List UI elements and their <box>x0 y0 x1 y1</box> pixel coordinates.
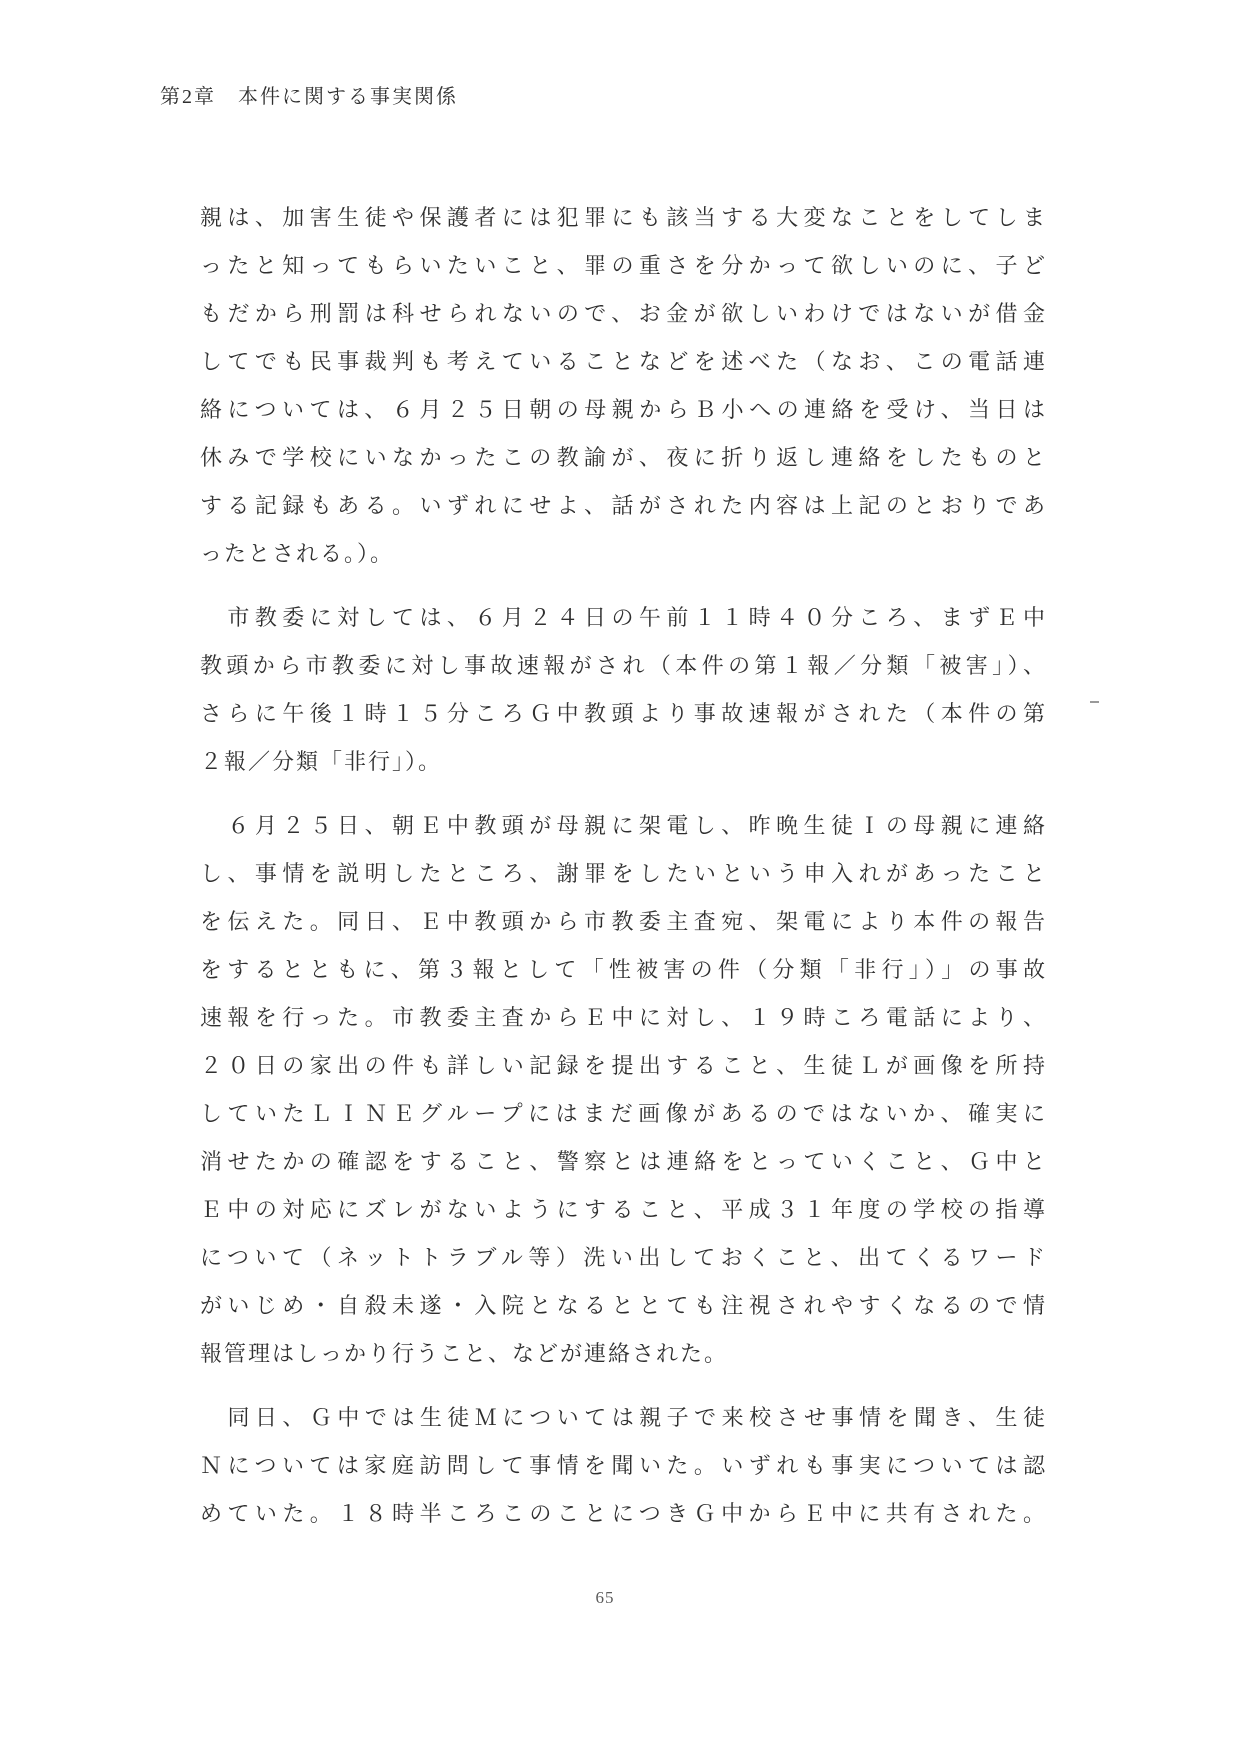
text-line: する記録もある。いずれにせよ、話がされた内容は上記のとおりであ <box>200 482 1045 530</box>
page-number: 65 <box>0 1588 1210 1608</box>
text-line: していたＬＩＮＥグループにはまだ画像があるのではないか、確実に <box>200 1090 1045 1138</box>
text-line: について（ネットトラブル等）洗い出しておくこと、出てくるワード <box>200 1234 1045 1282</box>
content: 親は、加害生徒や保護者には犯罪にも該当する大変なことをしてしまったと知ってもらい… <box>200 194 1045 1538</box>
text-line: をするとともに、第３報として「性被害の件（分類「非行」）」の事故 <box>200 946 1045 994</box>
text-line: めていた。１８時半ころこのことにつきＧ中からＥ中に共有された。 <box>200 1490 1045 1538</box>
chapter-header: 第2章 本件に関する事実関係 <box>160 80 458 109</box>
text-line: ったとされる。）。 <box>200 530 1045 578</box>
text-line: 速報を行った。市教委主査からＥ中に対し、１９時ころ電話により、 <box>200 994 1045 1042</box>
text-line: Ｅ中の対応にズレがないようにすること、平成３１年度の学校の指導 <box>200 1186 1045 1234</box>
paragraph: 同日、Ｇ中では生徒Ｍについては親子で来校させ事情を聞き、生徒Ｎについては家庭訪問… <box>200 1394 1045 1538</box>
paragraph: 親は、加害生徒や保護者には犯罪にも該当する大変なことをしてしまったと知ってもらい… <box>200 194 1045 578</box>
text-line: 絡については、６月２５日朝の母親からＢ小への連絡を受け、当日は <box>200 386 1045 434</box>
text-line: 同日、Ｇ中では生徒Ｍについては親子で来校させ事情を聞き、生徒 <box>200 1394 1045 1442</box>
text-line: してでも民事裁判も考えていることなどを述べた（なお、この電話連 <box>200 338 1045 386</box>
text-line: 休みで学校にいなかったこの教諭が、夜に折り返し連絡をしたものと <box>200 434 1045 482</box>
text-line: Ｎについては家庭訪問して事情を聞いた。いずれも事実については認 <box>200 1442 1045 1490</box>
paragraph: ６月２５日、朝Ｅ中教頭が母親に架電し、昨晩生徒Ｉの母親に連絡し、事情を説明したと… <box>200 802 1045 1378</box>
text-line: ６月２５日、朝Ｅ中教頭が母親に架電し、昨晩生徒Ｉの母親に連絡 <box>200 802 1045 850</box>
text-line: 教頭から市教委に対し事故速報がされ（本件の第１報／分類「被害」）、 <box>200 642 1045 690</box>
text-line: ったと知ってもらいたいこと、罪の重さを分かって欲しいのに、子ど <box>200 242 1045 290</box>
text-line: 市教委に対しては、６月２４日の午前１１時４０分ころ、まずＥ中 <box>200 594 1045 642</box>
text-line: 報管理はしっかり行うこと、などが連絡された。 <box>200 1330 1045 1378</box>
text-line: を伝えた。同日、Ｅ中教頭から市教委主査宛、架電により本件の報告 <box>200 898 1045 946</box>
text-line: さらに午後１時１５分ころＧ中教頭より事故速報がされた（本件の第 <box>200 690 1045 738</box>
text-line: もだから刑罰は科せられないので、お金が欲しいわけではないが借金 <box>200 290 1045 338</box>
text-line: ２０日の家出の件も詳しい記録を提出すること、生徒Ｌが画像を所持 <box>200 1042 1045 1090</box>
text-line: がいじめ・自殺未遂・入院となるととても注視されやすくなるので情 <box>200 1282 1045 1330</box>
paragraph: 市教委に対しては、６月２４日の午前１１時４０分ころ、まずＥ中教頭から市教委に対し… <box>200 594 1045 786</box>
text-line: 消せたかの確認をすること、警察とは連絡をとっていくこと、Ｇ中と <box>200 1138 1045 1186</box>
text-line: 親は、加害生徒や保護者には犯罪にも該当する大変なことをしてしま <box>200 194 1045 242</box>
scan-artifact-dash <box>1090 701 1099 703</box>
text-line: し、事情を説明したところ、謝罪をしたいという申入れがあったこと <box>200 850 1045 898</box>
text-line: ２報／分類「非行」）。 <box>200 738 1045 786</box>
document-page: 第2章 本件に関する事実関係 親は、加害生徒や保護者には犯罪にも該当する大変なこ… <box>0 0 1239 1754</box>
